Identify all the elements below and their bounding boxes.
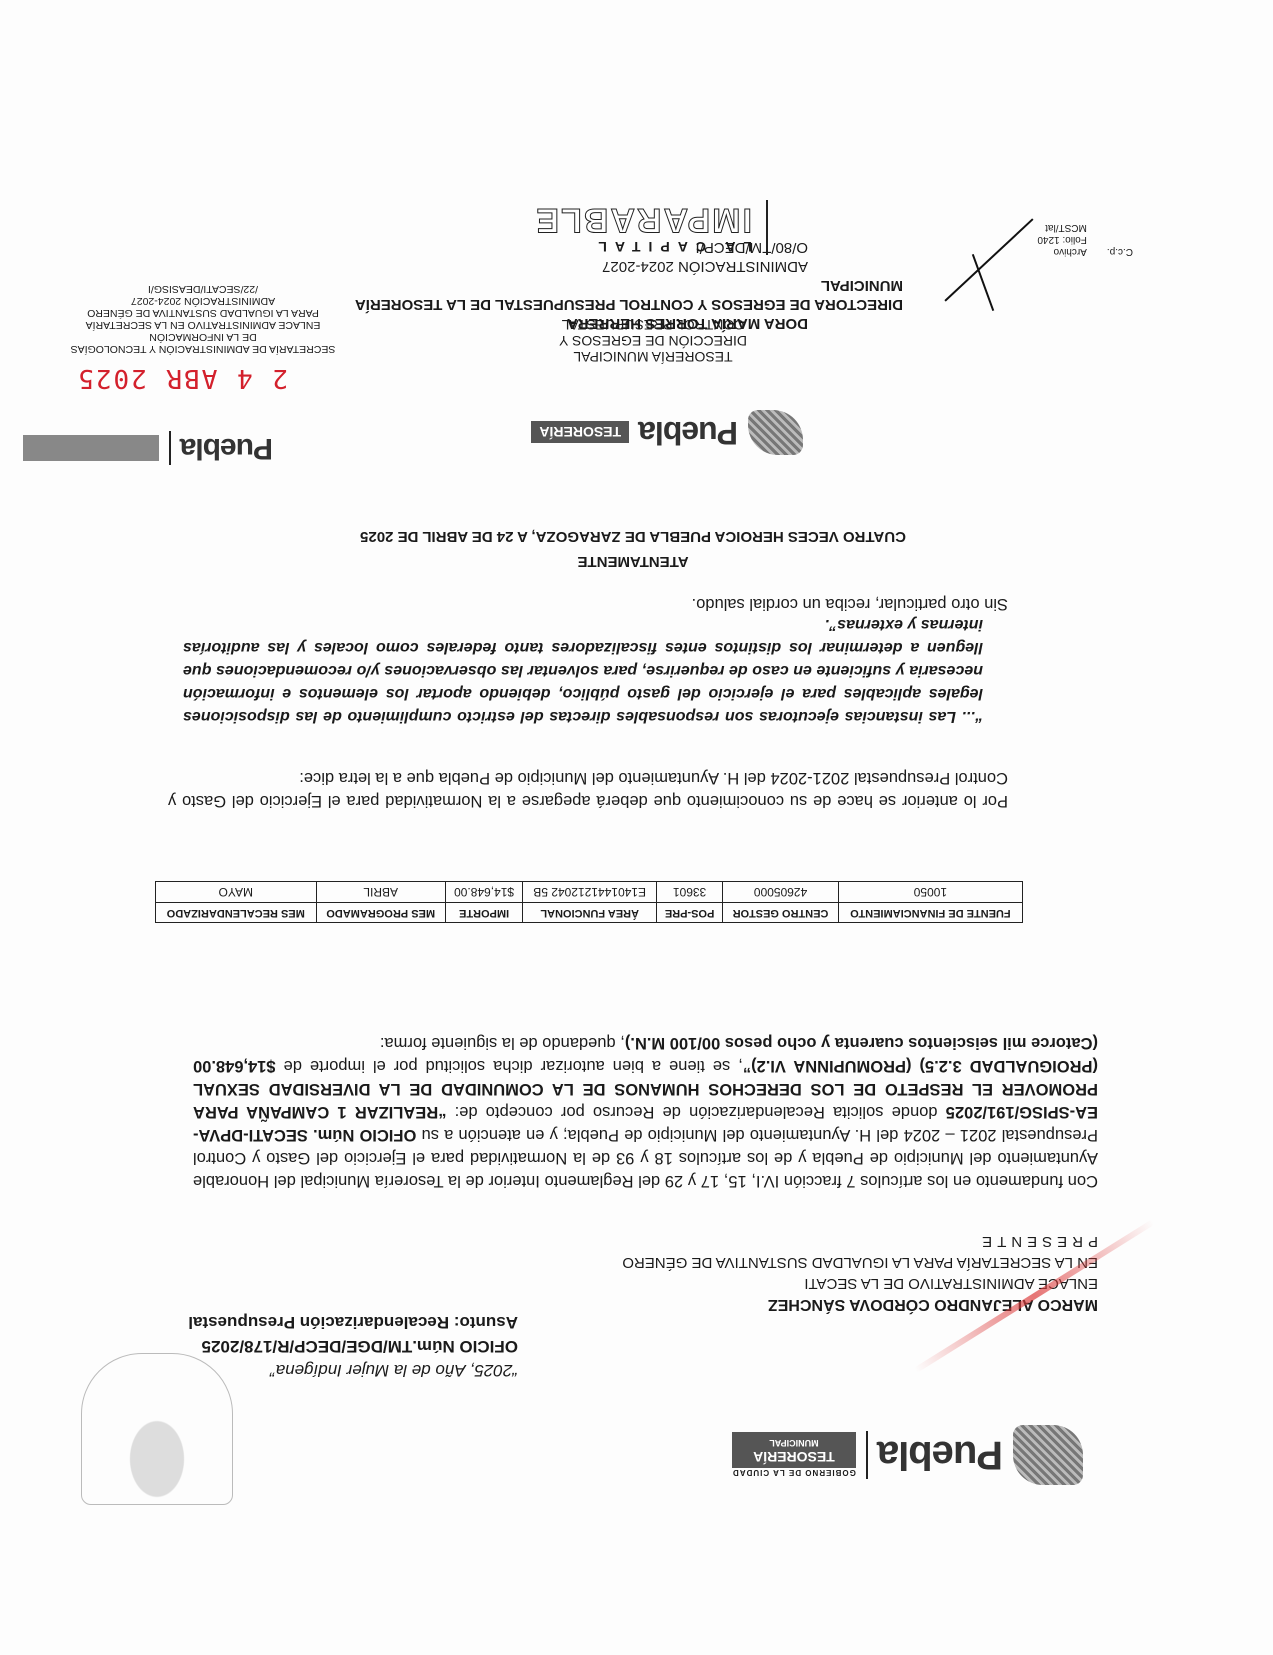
- logo-word: Puebla: [878, 1433, 1003, 1478]
- col-centro-gestor: CENTRO GESTOR: [723, 903, 838, 923]
- col-area-funcional: ÁREA FUNCIONAL: [523, 903, 657, 923]
- tesoreria-badge: TESORERÍA: [531, 422, 629, 444]
- ccp-block: C.c.p. Archivo Folio: 1240 MCST/lat: [1037, 221, 1133, 257]
- receipt-line: PARA LA IGUALDAD SUSTANTIVA DE GÉNERO: [43, 307, 363, 319]
- logo-word: Puebla: [181, 431, 273, 465]
- recipient-line1: ENLACE ADMINISTRATIVO DE LA SECATI: [458, 1273, 1098, 1294]
- gobierno-logo: Puebla: [23, 431, 273, 465]
- ccp-label: C.c.p.: [1107, 221, 1133, 257]
- badge-sub: MUNICIPAL: [740, 1437, 848, 1451]
- header-block: “2025, Año de la Mujer Indígena” OFICIO …: [188, 1312, 518, 1380]
- cell-importe: $14,648.00: [445, 882, 523, 903]
- slogan: LA CAPITAL IMPARABLE: [534, 200, 768, 255]
- gobierno-badge: [23, 435, 159, 461]
- p1-text-d: , quedando de la siguiente forma:: [380, 1034, 625, 1052]
- logo-divider: [169, 431, 171, 465]
- ccp-line: Folio: 1240: [1037, 233, 1086, 245]
- signature-block: ATENTAMENTE CUATRO VECES HEROICA PUEBLA …: [323, 528, 943, 570]
- body-paragraph-1: Con fundamento en los artículos 7 fracci…: [193, 1031, 1098, 1192]
- logo-word: Puebla: [639, 414, 738, 451]
- logo-sub: GOBIERNO DE LA CIUDAD: [732, 1469, 856, 1478]
- recipient-block: MARCO ALEJANDRO CÓRDOVA SÁNCHEZ ENLACE A…: [458, 1231, 1098, 1315]
- stamp-line: TESORERÍA MUNICIPAL: [533, 349, 773, 365]
- admin-period: ADMINISTRACIÓN 2024-2027: [303, 257, 903, 276]
- cell-mes-recalendarizado: MAYO: [156, 882, 317, 903]
- slogan-top: LA CAPITAL: [534, 239, 752, 255]
- logo-divider: [866, 1431, 868, 1479]
- cell-fuente: 10050: [838, 882, 1022, 903]
- col-pos-pre: POS-PRE: [656, 903, 722, 923]
- receipt-line: ENLACE ADMINISTRATIVO EN LA SECRETARÍA: [43, 319, 363, 331]
- presente: PRESENTE: [458, 1231, 1098, 1252]
- ccp-line: Archivo: [1037, 245, 1086, 257]
- table-header-row: FUENTE DE FINANCIAMIENTO CENTRO GESTOR P…: [156, 903, 1023, 923]
- receipt-date-stamp: 2 4 ABR 2025: [76, 363, 288, 393]
- puebla-emblem-icon: [1013, 1425, 1083, 1485]
- receipt-line: SECRETARÍA DE ADMINISTRACIÓN Y TECNOLOGÍ…: [43, 343, 363, 355]
- slogan-main: IMPARABLE: [534, 200, 752, 239]
- puebla-emblem-icon: [748, 410, 803, 455]
- year-motto: “2025, Año de la Mujer Indígena”: [188, 1360, 518, 1380]
- receipt-stamp: SECRETARÍA DE ADMINISTRACIÓN Y TECNOLOGÍ…: [43, 283, 363, 355]
- subject-line: Asunto: Recalendarización Presupuestal: [188, 1312, 518, 1332]
- tesoreria-badge: TESORERÍA MUNICIPAL: [732, 1433, 856, 1469]
- initials-stroke: [972, 254, 994, 311]
- recipient-line2: EN LA SECRETARÍA PARA LA IGUALDAD SUSTAN…: [458, 1252, 1098, 1273]
- cell-mes-programado: ABRIL: [316, 882, 445, 903]
- p1-text-b: donde solicita Recalendarización de Recu…: [446, 1103, 945, 1121]
- document-page: Puebla GOBIERNO DE LA CIUDAD TESORERÍA M…: [0, 0, 1273, 1655]
- receipt-line: /22/SECATI/DEASISG/I: [43, 283, 363, 295]
- table-row: 10050 42605000 33601 E1401441212042 5B $…: [156, 882, 1023, 903]
- col-mes-programado: MES PROGRAMADO: [316, 903, 445, 923]
- cell-area-funcional: E1401441212042 5B: [523, 882, 657, 903]
- signer-title: DIRECTORA DE EGRESOS Y CONTROL PRESUPUES…: [303, 276, 903, 314]
- signer-name: DORA MARÍA TORRES HERRERA: [303, 314, 903, 333]
- col-mes-recalendarizado: MES RECALENDARIZADO: [156, 903, 317, 923]
- normativity-quote: “... Las instancias ejecutoras son respo…: [183, 613, 983, 728]
- oficio-number: OFICIO Núm.TM/DGE/DECP/R/178/2025: [188, 1336, 518, 1356]
- p1-text-c: , se tiene a bien autorizar dicha solici…: [276, 1057, 743, 1075]
- initials-stroke: [945, 219, 1034, 302]
- cell-pos-pre: 33601: [656, 882, 722, 903]
- body-paragraph-2: Por lo anterior se hace de su conocimien…: [168, 766, 1008, 812]
- atentamente: ATENTAMENTE: [323, 553, 943, 570]
- letterhead-logo: Puebla GOBIERNO DE LA CIUDAD TESORERÍA M…: [732, 1425, 1083, 1485]
- signature-treasury-logo: Puebla TESORERÍA: [531, 410, 803, 455]
- badge-main: TESORERÍA: [753, 1450, 835, 1466]
- cell-centro-gestor: 42605000: [723, 882, 838, 903]
- col-importe: IMPORTE: [445, 903, 523, 923]
- place-date: CUATRO VECES HEROICA PUEBLA DE ZARAGOZA,…: [323, 528, 943, 545]
- budget-table: FUENTE DE FINANCIAMIENTO CENTRO GESTOR P…: [155, 881, 1023, 923]
- stamp-line: DIRECCIÓN DE EGRESOS Y: [533, 333, 773, 349]
- col-fuente: FUENTE DE FINANCIAMIENTO: [838, 903, 1022, 923]
- logo-wordmark: Puebla: [878, 1433, 1003, 1478]
- ccp-line: MCST/lat: [1037, 221, 1086, 233]
- closing-line: Sin otro particular, reciba un cordial s…: [308, 592, 1008, 615]
- receipt-line: DE LA INFORMACIÓN: [43, 331, 363, 343]
- receipt-line: ADMINISTRACIÓN 2024-2027: [43, 295, 363, 307]
